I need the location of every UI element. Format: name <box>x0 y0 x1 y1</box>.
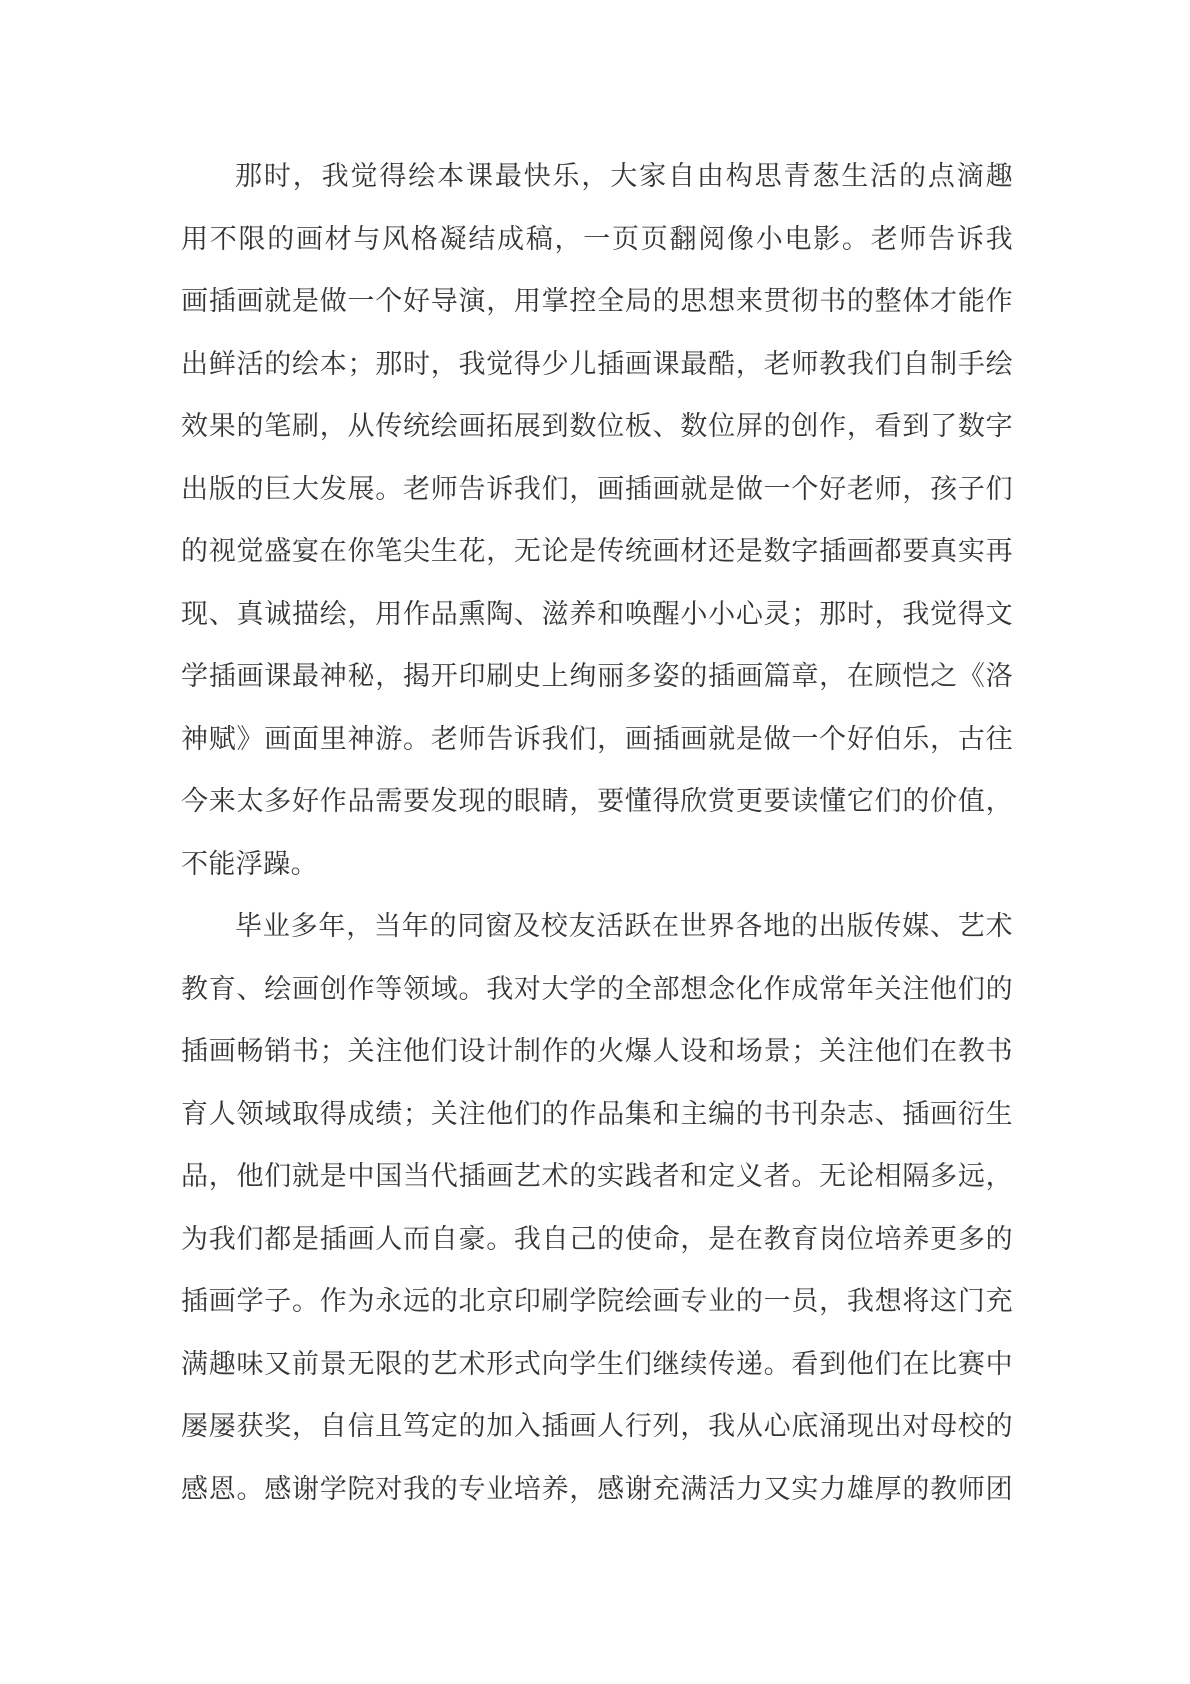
text-line: 毕业多年，当年的同窗及校友活跃在世界各地的出版传媒、艺术 <box>181 895 1013 958</box>
paragraph: 毕业多年，当年的同窗及校友活跃在世界各地的出版传媒、艺术 教育、绘画创作等领域。… <box>181 895 1013 1520</box>
text-line: 今来太多好作品需要发现的眼睛，要懂得欣赏更要读懂它们的价值， <box>181 770 1013 833</box>
text-line: 为我们都是插画人而自豪。我自己的使命，是在教育岗位培养更多的 <box>181 1208 1013 1271</box>
text-line: 教育、绘画创作等领域。我对大学的全部想念化作成常年关注他们的 <box>181 958 1013 1021</box>
text-line: 出鲜活的绘本；那时，我觉得少儿插画课最酷，老师教我们自制手绘 <box>181 333 1013 396</box>
text-line: 用不限的画材与风格凝结成稿，一页页翻阅像小电影。老师告诉我们， <box>181 208 1013 271</box>
document-body: 那时，我觉得绘本课最快乐，大家自由构思青葱生活的点滴趣味， 用不限的画材与风格凝… <box>181 145 1013 1520</box>
text-line: 画插画就是做一个好导演，用掌控全局的思想来贯彻书的整体才能作 <box>181 270 1013 333</box>
text-line: 不能浮躁。 <box>181 833 1013 896</box>
text-line: 的视觉盛宴在你笔尖生花，无论是传统画材还是数字插画都要真实再 <box>181 520 1013 583</box>
text-line: 神赋》画面里神游。老师告诉我们，画插画就是做一个好伯乐，古往 <box>181 708 1013 771</box>
text-line: 效果的笔刷，从传统绘画拓展到数位板、数位屏的创作，看到了数字 <box>181 395 1013 458</box>
text-line: 屡屡获奖，自信且笃定的加入插画人行列，我从心底涌现出对母校的 <box>181 1395 1013 1458</box>
text-line: 那时，我觉得绘本课最快乐，大家自由构思青葱生活的点滴趣味， <box>181 145 1013 208</box>
text-line: 出版的巨大发展。老师告诉我们，画插画就是做一个好老师，孩子们 <box>181 458 1013 521</box>
text-line: 育人领域取得成绩；关注他们的作品集和主编的书刊杂志、插画衍生 <box>181 1083 1013 1146</box>
text-line: 学插画课最神秘，揭开印刷史上绚丽多姿的插画篇章，在顾恺之《洛 <box>181 645 1013 708</box>
text-line: 插画学子。作为永远的北京印刷学院绘画专业的一员，我想将这门充 <box>181 1270 1013 1333</box>
text-line: 品，他们就是中国当代插画艺术的实践者和定义者。无论相隔多远， <box>181 1145 1013 1208</box>
text-line: 满趣味又前景无限的艺术形式向学生们继续传递。看到他们在比赛中 <box>181 1333 1013 1396</box>
text-line: 插画畅销书；关注他们设计制作的火爆人设和场景；关注他们在教书 <box>181 1020 1013 1083</box>
document-page: 那时，我觉得绘本课最快乐，大家自由构思青葱生活的点滴趣味， 用不限的画材与风格凝… <box>0 0 1190 1684</box>
text-line: 现、真诚描绘，用作品熏陶、滋养和唤醒小小心灵；那时，我觉得文 <box>181 583 1013 646</box>
paragraph: 那时，我觉得绘本课最快乐，大家自由构思青葱生活的点滴趣味， 用不限的画材与风格凝… <box>181 145 1013 895</box>
text-line: 感恩。感谢学院对我的专业培养，感谢充满活力又实力雄厚的教师团 <box>181 1458 1013 1521</box>
